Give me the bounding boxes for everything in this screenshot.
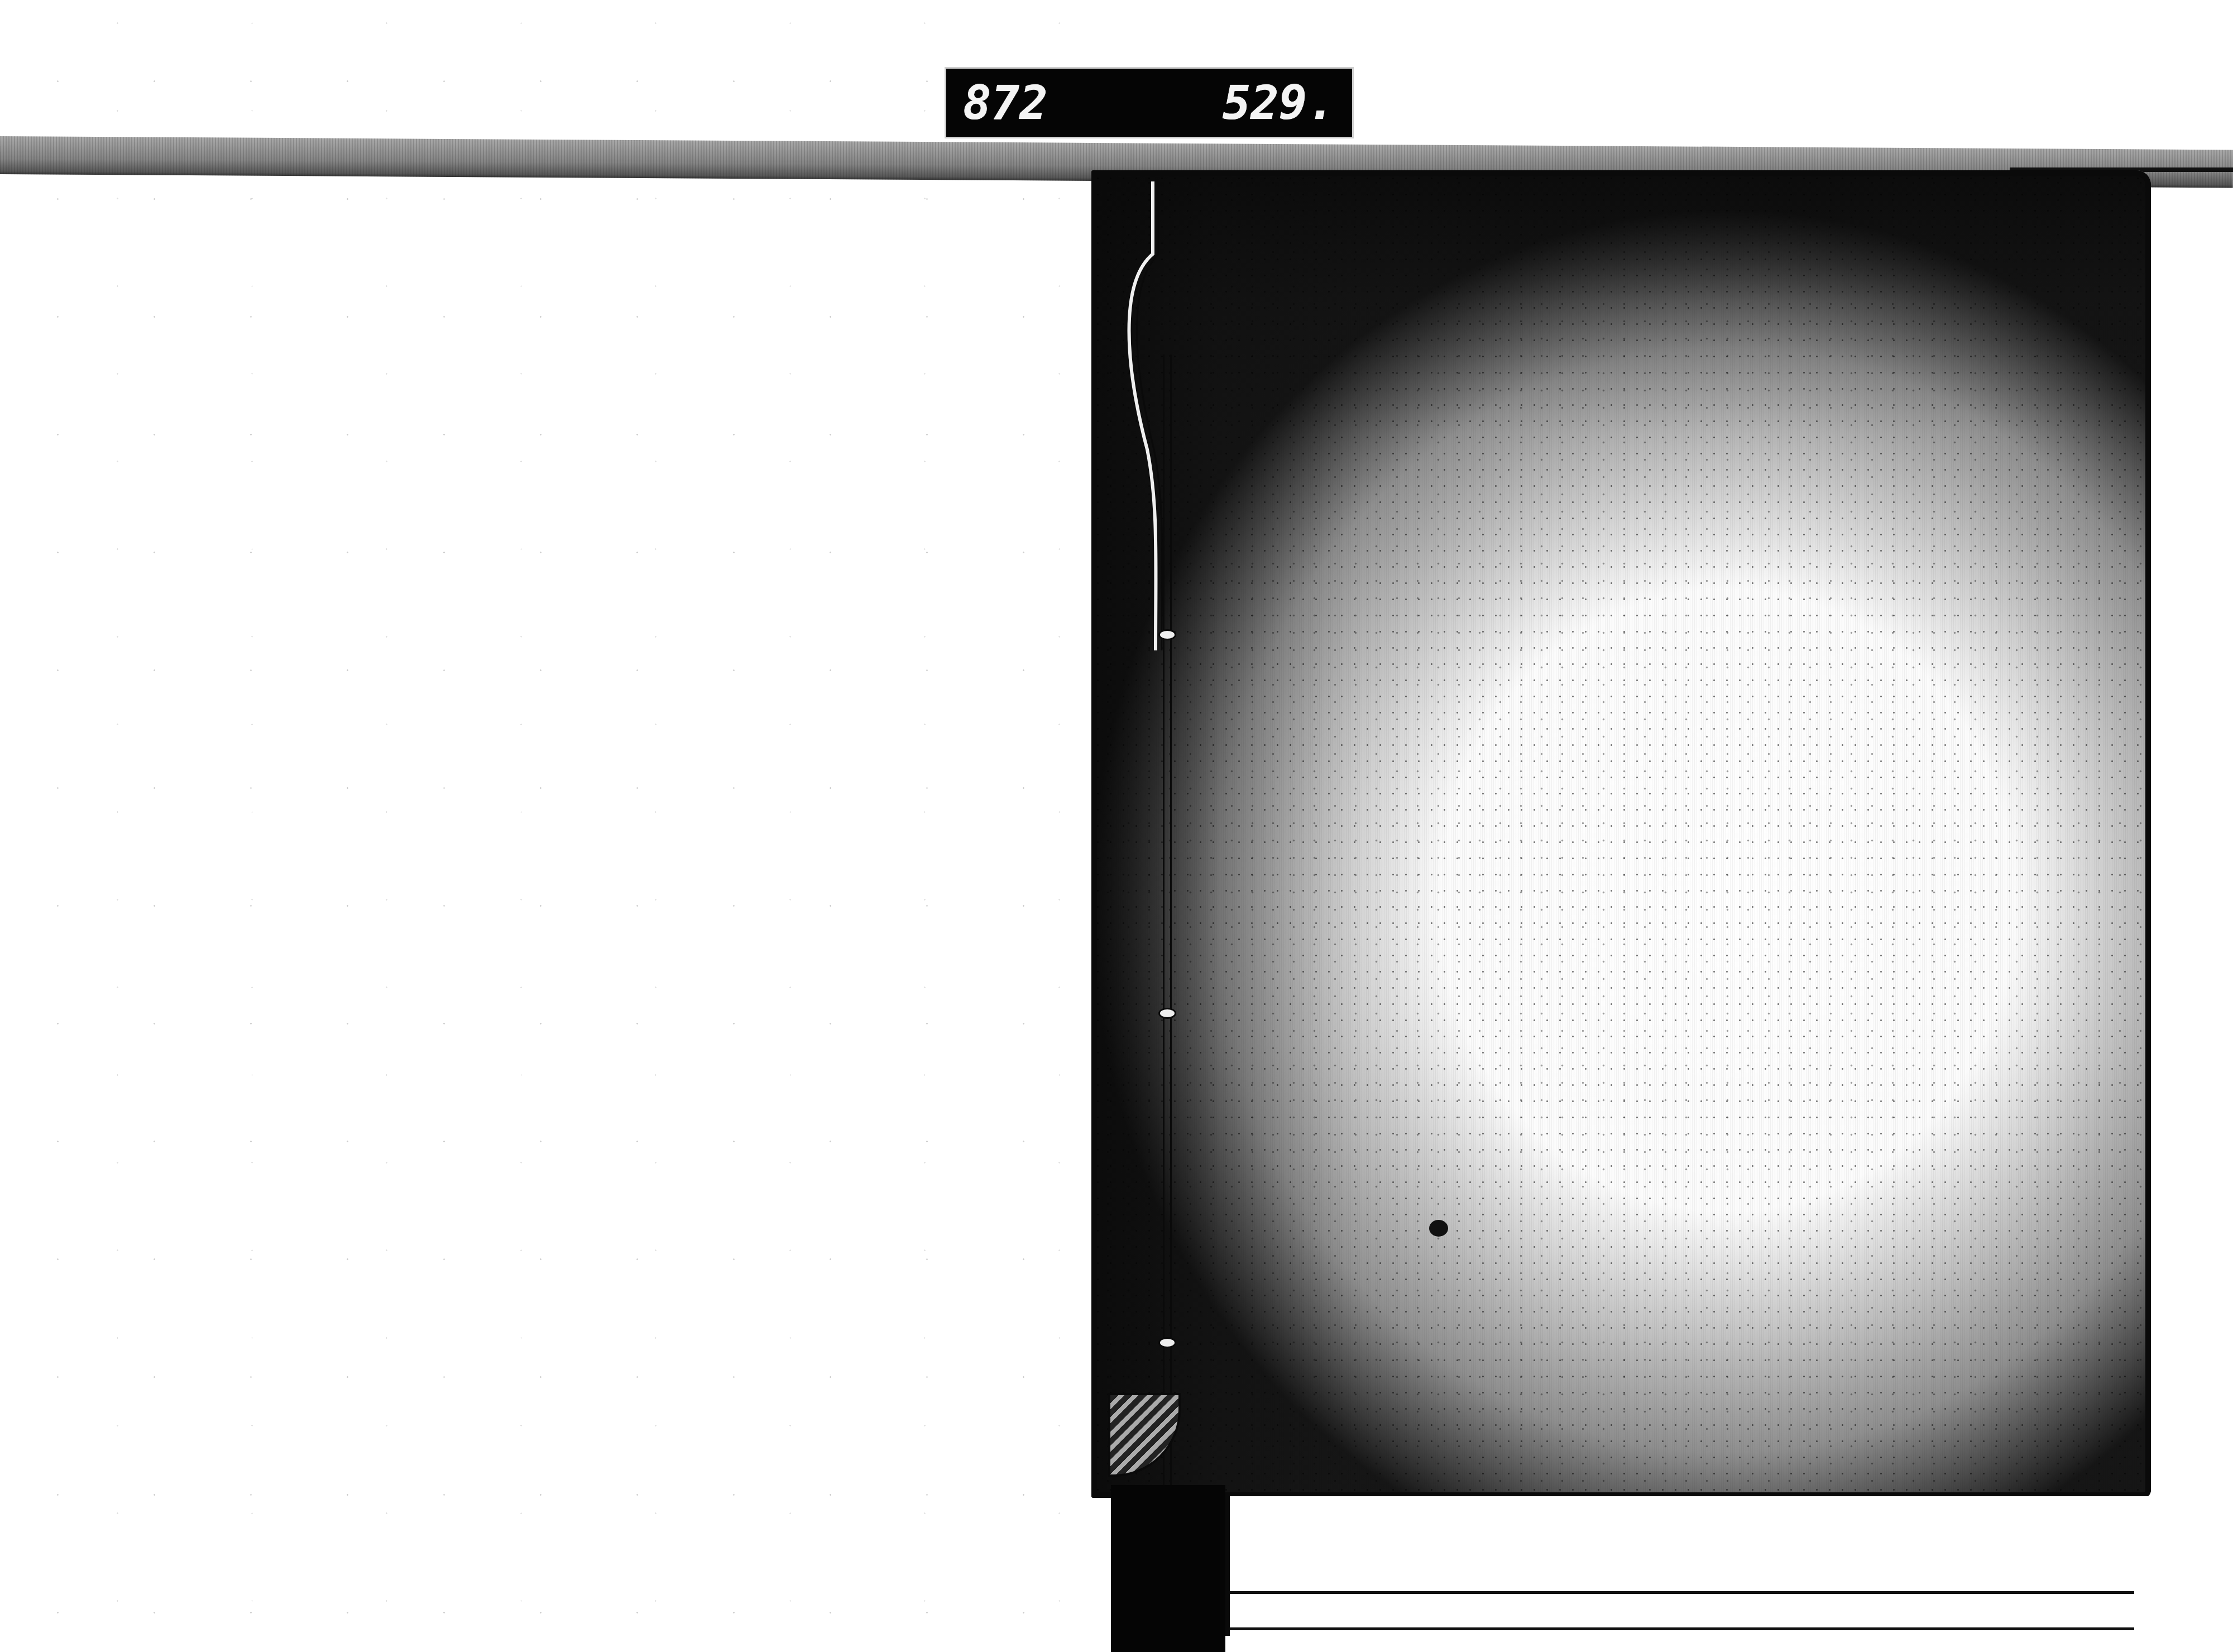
page-stack-shadow: [1111, 1485, 1225, 1652]
page-rule-line: [1230, 1591, 2134, 1594]
counter-right-group: 529.: [1223, 79, 1335, 126]
counter-left-group: 872: [963, 79, 1048, 126]
counter-right-digits: 529.: [1223, 79, 1335, 126]
frame-counter: 872 529.: [945, 67, 1354, 138]
page-rule-line: [1230, 1627, 2134, 1630]
book-cover: [1091, 170, 2151, 1498]
counter-left-digits: 872: [963, 79, 1048, 126]
underlying-page: [1225, 1496, 2152, 1636]
cover-edge: [1091, 170, 2151, 1498]
scan-frame: 872 529.: [0, 0, 2233, 1652]
blank-margin: [0, 0, 1094, 1652]
